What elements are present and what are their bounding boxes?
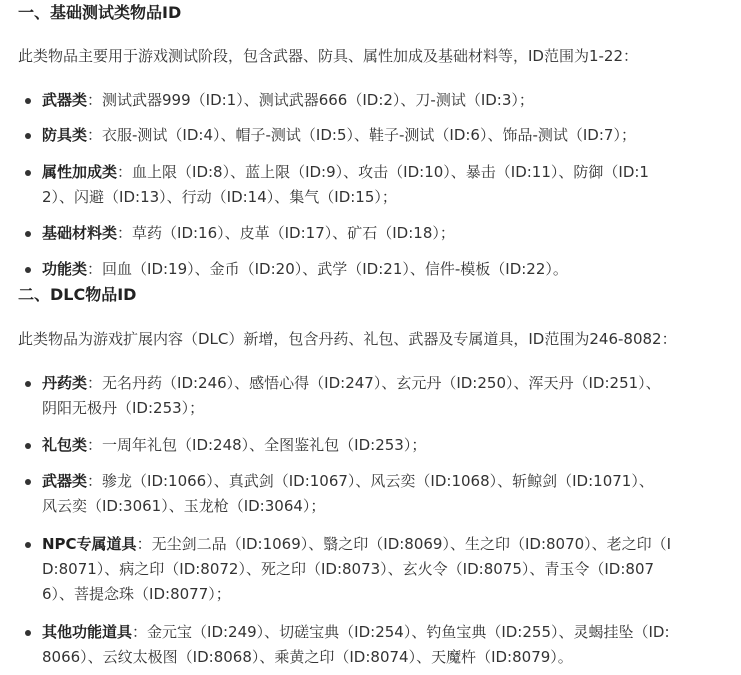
list-item-line: 防具类：衣服-测试（ID:4）、帽子-测试（ID:5）、鞋子-测试（ID:6）、… — [42, 123, 732, 148]
list-item-other-items-dlc: 其他功能道具：金元宝（ID:249）、切磋宝典（ID:254）、钓鱼宝典（ID:… — [42, 620, 732, 670]
section-heading-basic-test: 一、基础测试类物品ID — [18, 2, 181, 24]
list-item-line: 8066）、云纹太极图（ID:8068）、乘黄之印（ID:8074）、天魔杵（I… — [42, 645, 732, 670]
list-item-pills-dlc: 丹药类：无名丹药（ID:246）、感悟心得（ID:247）、玄元丹（ID:250… — [42, 371, 732, 421]
list-item-line: 功能类：回血（ID:19）、金币（ID:20）、武学（ID:21）、信件-模板（… — [42, 257, 732, 282]
bullet-icon — [25, 133, 31, 139]
list-item-line: 6）、菩提念珠（ID:8077）； — [42, 582, 732, 607]
list-item-line: 基础材料类：草药（ID:16）、皮革（ID:17）、矿石（ID:18）； — [42, 221, 732, 246]
list-item-line: 武器类：骖龙（ID:1066）、真武剑（ID:1067）、风云奕（ID:1068… — [42, 469, 732, 494]
list-item-line: D:8071）、病之印（ID:8072）、死之印（ID:8073）、玄火令（ID… — [42, 557, 732, 582]
section-intro-basic-test: 此类物品主要用于游戏测试阶段，包含武器、防具、属性加成及基础材料等，ID范围为1… — [18, 45, 638, 67]
list-item-armor-test: 防具类：衣服-测试（ID:4）、帽子-测试（ID:5）、鞋子-测试（ID:6）、… — [42, 123, 732, 148]
list-item-npc-items-dlc: NPC专属道具：无尘剑二品（ID:1069）、翳之印（ID:8069）、生之印（… — [42, 532, 732, 607]
bullet-icon — [25, 267, 31, 273]
list-item-materials-test: 基础材料类：草药（ID:16）、皮革（ID:17）、矿石（ID:18）； — [42, 221, 732, 246]
category-label: 武器类 — [42, 472, 87, 490]
category-label: 功能类 — [42, 260, 87, 278]
category-label: 武器类 — [42, 91, 87, 109]
list-item-weapons-dlc: 武器类：骖龙（ID:1066）、真武剑（ID:1067）、风云奕（ID:1068… — [42, 469, 732, 519]
category-label: 礼包类 — [42, 436, 87, 454]
category-label: 丹药类 — [42, 374, 87, 392]
bullet-icon — [25, 630, 31, 636]
bullet-icon — [25, 542, 31, 548]
category-label: 其他功能道具 — [42, 623, 132, 641]
category-label: NPC专属道具 — [42, 535, 137, 553]
list-item-functional-test: 功能类：回血（ID:19）、金币（ID:20）、武学（ID:21）、信件-模板（… — [42, 257, 732, 282]
bullet-icon — [25, 443, 31, 449]
section-intro-dlc: 此类物品为游戏扩展内容（DLC）新增，包含丹药、礼包、武器及专属道具，ID范围为… — [18, 328, 677, 350]
list-item-line: 武器类：测试武器999（ID:1）、测试武器666（ID:2）、刀-测试（ID:… — [42, 88, 732, 113]
list-item-line: 阴阳无极丹（ID:253）； — [42, 396, 732, 421]
bullet-icon — [25, 479, 31, 485]
category-label: 基础材料类 — [42, 224, 117, 242]
category-label: 防具类 — [42, 126, 87, 144]
list-item-giftpacks-dlc: 礼包类：一周年礼包（ID:248）、全图鉴礼包（ID:253）； — [42, 433, 732, 458]
list-item-line: NPC专属道具：无尘剑二品（ID:1069）、翳之印（ID:8069）、生之印（… — [42, 532, 732, 557]
bullet-icon — [25, 98, 31, 104]
bullet-icon — [25, 231, 31, 237]
list-item-line: 2）、闪避（ID:13）、行动（ID:14）、集气（ID:15）； — [42, 185, 732, 210]
list-item-line: 礼包类：一周年礼包（ID:248）、全图鉴礼包（ID:253）； — [42, 433, 732, 458]
list-item-weapons-test: 武器类：测试武器999（ID:1）、测试武器666（ID:2）、刀-测试（ID:… — [42, 88, 732, 113]
list-item-line: 丹药类：无名丹药（ID:246）、感悟心得（ID:247）、玄元丹（ID:250… — [42, 371, 732, 396]
section-heading-dlc: 二、DLC物品ID — [18, 284, 136, 306]
bullet-icon — [25, 170, 31, 176]
list-item-attributes-test: 属性加成类：血上限（ID:8）、蓝上限（ID:9）、攻击（ID:10）、暴击（I… — [42, 160, 732, 210]
list-item-line: 风云奕（ID:3061）、玉龙枪（ID:3064）； — [42, 494, 732, 519]
list-item-line: 属性加成类：血上限（ID:8）、蓝上限（ID:9）、攻击（ID:10）、暴击（I… — [42, 160, 732, 185]
category-label: 属性加成类 — [42, 163, 117, 181]
bullet-icon — [25, 381, 31, 387]
list-item-line: 其他功能道具：金元宝（ID:249）、切磋宝典（ID:254）、钓鱼宝典（ID:… — [42, 620, 732, 645]
